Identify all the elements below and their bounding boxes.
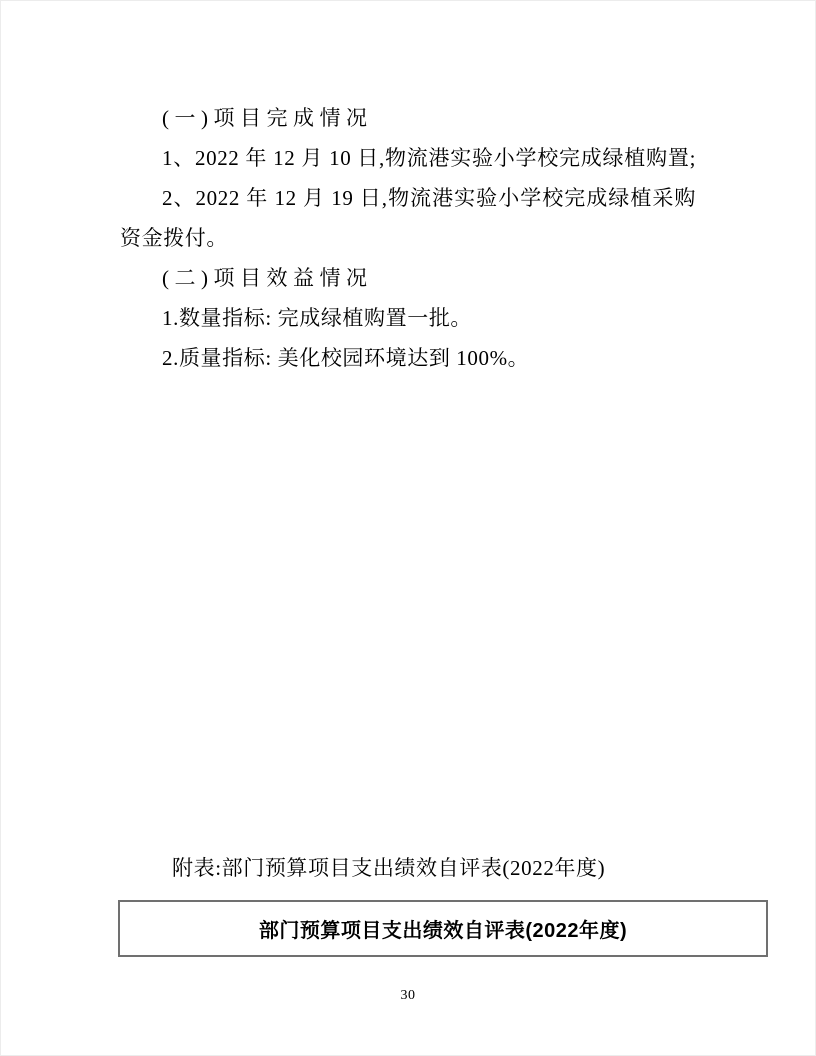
body-line-item-1: 1、2022 年 12 月 10 日,物流港实验小学校完成绿植购置; [120, 138, 696, 178]
document-page: (一)项目完成情况 1、2022 年 12 月 10 日,物流港实验小学校完成绿… [0, 0, 816, 1056]
body-line-indicator-1: 1.数量指标: 完成绿植购置一批。 [120, 298, 696, 338]
body-line-item-2: 2、2022 年 12 月 19 日,物流港实验小学校完成绿植采购 [120, 178, 696, 218]
body-line-section-1-heading: (一)项目完成情况 [120, 98, 696, 138]
attachment-caption: 附表:部门预算项目支出绩效自评表(2022年度) [120, 848, 720, 888]
body-line-section-2-heading: (二)项目效益情况 [120, 258, 696, 298]
body-text-block: (一)项目完成情况 1、2022 年 12 月 10 日,物流港实验小学校完成绿… [120, 98, 696, 378]
body-line-indicator-2: 2.质量指标: 美化校园环境达到 100%。 [120, 338, 696, 378]
body-line-item-2-continued: 资金拨付。 [120, 218, 696, 258]
page-number: 30 [0, 986, 816, 1006]
table-title-box: 部门预算项目支出绩效自评表(2022年度) [118, 900, 768, 957]
table-title: 部门预算项目支出绩效自评表(2022年度) [259, 914, 627, 943]
